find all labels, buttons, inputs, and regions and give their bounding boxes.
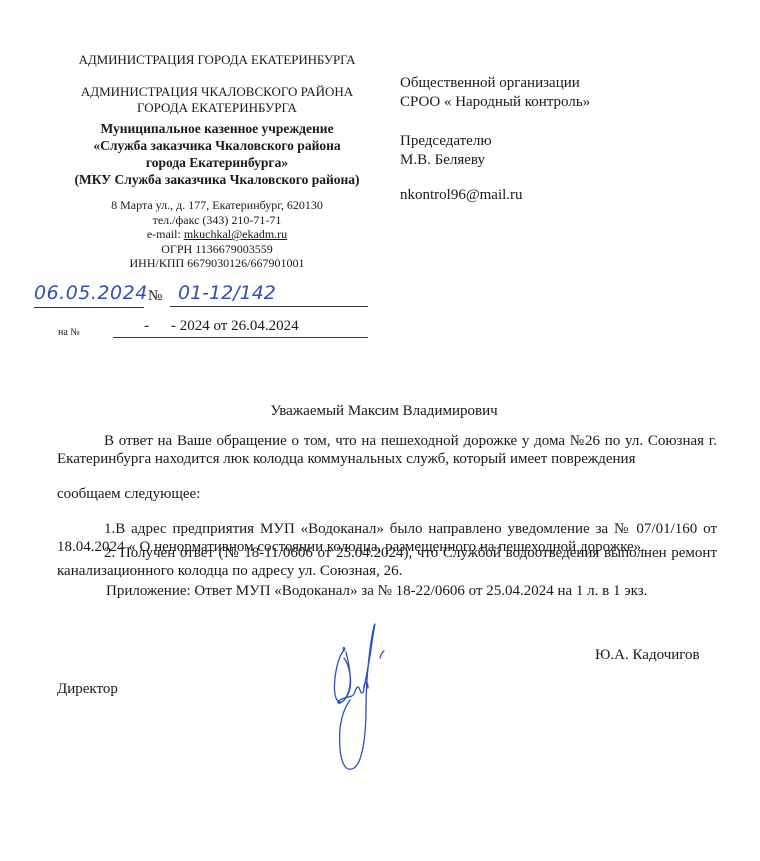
signatory-name: Ю.А. Кадочигов — [595, 647, 700, 664]
sender-institution-line: города Екатеринбурга» — [52, 154, 382, 171]
salutation: Уважаемый Максим Владимирович — [0, 403, 760, 420]
handwritten-signature-icon — [318, 618, 408, 773]
attachment-note: Приложение: Ответ МУП «Водоканал» за № 1… — [106, 583, 647, 600]
signatory-title: Директор — [57, 681, 118, 698]
recipient-org: Общественной организации СРОО « Народный… — [400, 74, 590, 112]
sender-ogrn: ОГРН 1136679003559 — [52, 242, 382, 257]
recipient-org-line: Общественной организации — [400, 74, 590, 93]
reply-to-label: на № — [58, 327, 80, 338]
sender-institution-line: «Служба заказчика Чкаловского района — [52, 137, 382, 154]
body-paragraph: сообщаем следующее: — [57, 486, 717, 504]
body-paragraph: 2. Получен ответ (№ 18-11/0606 от 25.04.… — [57, 545, 717, 580]
recipient-position: Председателю — [400, 132, 492, 151]
reply-to-text: - 2024 от 26.04.2024 — [171, 318, 299, 335]
recipient-name: М.В. Беляеву — [400, 151, 492, 170]
registration-date: 06.05.2024 — [34, 282, 144, 308]
sender-admin-district-line: ГОРОДА ЕКАТЕРИНБУРГА — [52, 100, 382, 116]
sender-admin-city: АДМИНИСТРАЦИЯ ГОРОДА ЕКАТЕРИНБУРГА — [52, 52, 382, 68]
registration-number: 01-12/142 — [170, 282, 368, 307]
sender-phone: тел./факс (343) 210-71-71 — [52, 213, 382, 228]
sender-institution-line: Муниципальное казенное учреждение — [52, 120, 382, 137]
recipient-org-line: СРОО « Народный контроль» — [400, 93, 590, 112]
sender-email-label: e-mail: — [147, 227, 184, 241]
sender-institution: Муниципальное казенное учреждение «Служб… — [52, 120, 382, 188]
sender-email-line: e-mail: mkuchkal@ekadm.ru — [52, 227, 382, 242]
recipient-person: Председателю М.В. Беляеву — [400, 132, 492, 170]
sender-email-link[interactable]: mkuchkal@ekadm.ru — [184, 227, 287, 241]
recipient-email[interactable]: nkontrol96@mail.ru — [400, 186, 523, 205]
reply-to-dash: - — [144, 318, 149, 335]
sender-admin-district: АДМИНИСТРАЦИЯ ЧКАЛОВСКОГО РАЙОНА ГОРОДА … — [52, 84, 382, 116]
sender-address: 8 Марта ул., д. 177, Екатеринбург, 62013… — [52, 198, 382, 213]
body-paragraph: В ответ на Ваше обращение о том, что на … — [57, 433, 717, 468]
sender-inn-kpp: ИНН/КПП 6679030126/667901001 — [52, 256, 382, 271]
reply-to-value: - - 2024 от 26.04.2024 — [113, 318, 368, 338]
sender-contacts: 8 Марта ул., д. 177, Екатеринбург, 62013… — [52, 198, 382, 271]
registration-number-label: № — [148, 288, 162, 305]
sender-institution-line: (МКУ Служба заказчика Чкаловского района… — [52, 171, 382, 188]
sender-admin-district-line: АДМИНИСТРАЦИЯ ЧКАЛОВСКОГО РАЙОНА — [52, 84, 382, 100]
